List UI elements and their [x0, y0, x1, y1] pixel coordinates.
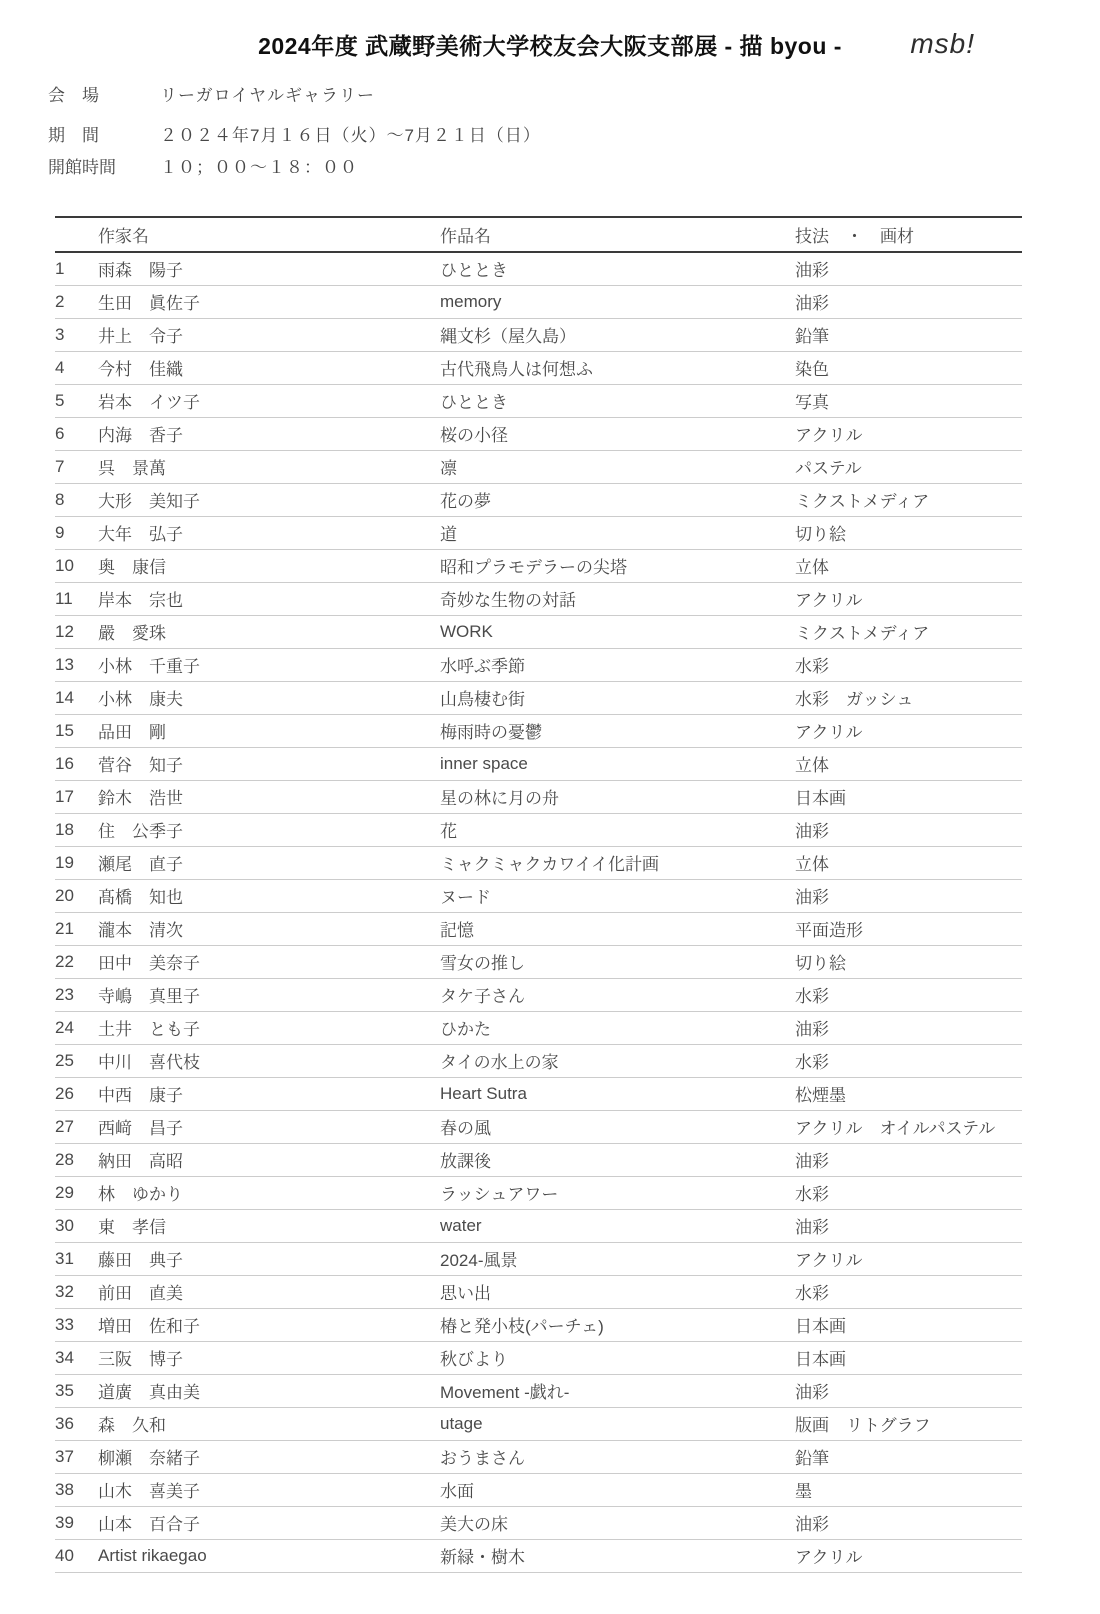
- technique-cell: 墨: [795, 1473, 1022, 1506]
- artwork-title-cell: 思い出: [440, 1275, 795, 1308]
- table-row: 18 住 公季子 花 油彩: [55, 813, 1022, 846]
- event-info-block: 会 場 リーガロイヤルギャラリー 期 間 ２０２４年7月１６日（火）～7月２１日…: [48, 84, 1045, 180]
- column-header-artist: 作家名: [98, 217, 440, 252]
- artwork-title-cell: 奇妙な生物の対話: [440, 582, 795, 615]
- artist-name-cell: 中西 康子: [98, 1077, 440, 1110]
- technique-cell: 写真: [795, 384, 1022, 417]
- table-row: 39 山本 百合子 美大の床 油彩: [55, 1506, 1022, 1539]
- msb-logo: msb!: [910, 28, 975, 60]
- artwork-title-cell: 花: [440, 813, 795, 846]
- row-number: 8: [55, 483, 98, 516]
- table-row: 8 大形 美知子 花の夢 ミクストメディア: [55, 483, 1022, 516]
- artwork-title-cell: Movement -戯れ-: [440, 1374, 795, 1407]
- row-number: 20: [55, 879, 98, 912]
- row-number: 40: [55, 1539, 98, 1572]
- artist-name-cell: 大年 弘子: [98, 516, 440, 549]
- artwork-title-cell: 縄文杉（屋久島）: [440, 318, 795, 351]
- table-row: 6 内海 香子 桜の小径 アクリル: [55, 417, 1022, 450]
- table-row: 23 寺嶋 真里子 タケ子さん 水彩: [55, 978, 1022, 1011]
- artist-name-cell: 納田 高昭: [98, 1143, 440, 1176]
- table-row: 32 前田 直美 思い出 水彩: [55, 1275, 1022, 1308]
- row-number: 34: [55, 1341, 98, 1374]
- artwork-title-cell: WORK: [440, 615, 795, 648]
- row-number: 21: [55, 912, 98, 945]
- technique-cell: 松煙墨: [795, 1077, 1022, 1110]
- technique-cell: 鉛筆: [795, 1440, 1022, 1473]
- technique-cell: 水彩: [795, 1275, 1022, 1308]
- technique-cell: 油彩: [795, 1209, 1022, 1242]
- artwork-title-cell: 新緑・樹木: [440, 1539, 795, 1572]
- technique-cell: 日本画: [795, 780, 1022, 813]
- row-number: 14: [55, 681, 98, 714]
- row-number: 5: [55, 384, 98, 417]
- technique-cell: 染色: [795, 351, 1022, 384]
- artist-name-cell: 今村 佳織: [98, 351, 440, 384]
- artwork-title-cell: 昭和プラモデラーの尖塔: [440, 549, 795, 582]
- technique-cell: 水彩 ガッシュ: [795, 681, 1022, 714]
- row-number: 24: [55, 1011, 98, 1044]
- row-number: 13: [55, 648, 98, 681]
- technique-cell: アクリル: [795, 714, 1022, 747]
- artwork-title-cell: 星の林に月の舟: [440, 780, 795, 813]
- artist-name-cell: 井上 令子: [98, 318, 440, 351]
- row-number: 15: [55, 714, 98, 747]
- table-row: 29 林 ゆかり ラッシュアワー 水彩: [55, 1176, 1022, 1209]
- table-row: 38 山木 喜美子 水面 墨: [55, 1473, 1022, 1506]
- period-line: 期 間 ２０２４年7月１６日（火）～7月２１日（日）: [48, 124, 1045, 148]
- table-row: 24 土井 とも子 ひかた 油彩: [55, 1011, 1022, 1044]
- table-row: 31 藤田 典子 2024-風景 アクリル: [55, 1242, 1022, 1275]
- row-number: 2: [55, 285, 98, 318]
- artist-name-cell: 道廣 真由美: [98, 1374, 440, 1407]
- row-number: 23: [55, 978, 98, 1011]
- technique-cell: アクリル: [795, 417, 1022, 450]
- artwork-title-cell: 水呼ぶ季節: [440, 648, 795, 681]
- venue-label: 会 場: [48, 84, 160, 108]
- artist-name-cell: 前田 直美: [98, 1275, 440, 1308]
- document-header: 2024年度 武蔵野美術大学校友会大阪支部展 - 描 byou - msb!: [55, 28, 1045, 74]
- table-row: 20 髙橋 知也 ヌード 油彩: [55, 879, 1022, 912]
- artwork-title-cell: おうまさん: [440, 1440, 795, 1473]
- artist-name-cell: 中川 喜代枝: [98, 1044, 440, 1077]
- row-number: 26: [55, 1077, 98, 1110]
- artist-name-cell: 瀬尾 直子: [98, 846, 440, 879]
- table-row: 13 小林 千重子 水呼ぶ季節 水彩: [55, 648, 1022, 681]
- exhibitor-table: 作家名 作品名 技法 ・ 画材 1 雨森 陽子 ひととき 油彩 2 生田 眞佐子…: [55, 216, 1022, 1573]
- artwork-title-cell: 梅雨時の憂鬱: [440, 714, 795, 747]
- technique-cell: 油彩: [795, 285, 1022, 318]
- table-row: 15 品田 剛 梅雨時の憂鬱 アクリル: [55, 714, 1022, 747]
- row-number: 31: [55, 1242, 98, 1275]
- artist-name-cell: 生田 眞佐子: [98, 285, 440, 318]
- artist-name-cell: Artist rikaegao: [98, 1539, 440, 1572]
- column-header-artwork: 作品名: [440, 217, 795, 252]
- technique-cell: アクリル: [795, 1539, 1022, 1572]
- period-label: 期 間: [48, 124, 160, 148]
- technique-cell: 切り絵: [795, 516, 1022, 549]
- table-row: 5 岩本 イツ子 ひととき 写真: [55, 384, 1022, 417]
- technique-cell: 立体: [795, 549, 1022, 582]
- artist-name-cell: 森 久和: [98, 1407, 440, 1440]
- row-number: 28: [55, 1143, 98, 1176]
- exhibition-list-document: 2024年度 武蔵野美術大学校友会大阪支部展 - 描 byou - msb! 会…: [0, 0, 1100, 1614]
- table-row: 1 雨森 陽子 ひととき 油彩: [55, 252, 1022, 285]
- artwork-title-cell: ひととき: [440, 252, 795, 285]
- table-row: 19 瀬尾 直子 ミャクミャクカワイイ化計画 立体: [55, 846, 1022, 879]
- table-row: 21 瀧本 清次 記憶 平面造形: [55, 912, 1022, 945]
- artwork-title-cell: 雪女の推し: [440, 945, 795, 978]
- technique-cell: 油彩: [795, 813, 1022, 846]
- row-number: 10: [55, 549, 98, 582]
- row-number: 4: [55, 351, 98, 384]
- artwork-title-cell: 道: [440, 516, 795, 549]
- technique-cell: ミクストメディア: [795, 615, 1022, 648]
- table-row: 14 小林 康夫 山鳥棲む街 水彩 ガッシュ: [55, 681, 1022, 714]
- table-row: 7 呉 景萬 凛 パステル: [55, 450, 1022, 483]
- row-number: 3: [55, 318, 98, 351]
- technique-cell: 油彩: [795, 252, 1022, 285]
- artwork-title-cell: 美大の床: [440, 1506, 795, 1539]
- technique-cell: 版画 リトグラフ: [795, 1407, 1022, 1440]
- artist-name-cell: 雨森 陽子: [98, 252, 440, 285]
- period-value: ２０２４年7月１６日（火）～7月２１日（日）: [160, 124, 541, 148]
- artist-name-cell: 西﨑 昌子: [98, 1110, 440, 1143]
- hours-line: 開館時間 １０；００～１８：００: [48, 156, 1045, 180]
- artwork-title-cell: 2024-風景: [440, 1242, 795, 1275]
- table-row: 34 三阪 博子 秋びより 日本画: [55, 1341, 1022, 1374]
- row-number: 19: [55, 846, 98, 879]
- venue-value: リーガロイヤルギャラリー: [160, 84, 375, 108]
- row-number: 32: [55, 1275, 98, 1308]
- technique-cell: 水彩: [795, 1176, 1022, 1209]
- artist-name-cell: 菅谷 知子: [98, 747, 440, 780]
- artist-name-cell: 東 孝信: [98, 1209, 440, 1242]
- technique-cell: アクリル オイルパステル: [795, 1110, 1022, 1143]
- artwork-title-cell: 記憶: [440, 912, 795, 945]
- technique-cell: アクリル: [795, 1242, 1022, 1275]
- artwork-title-cell: ヌード: [440, 879, 795, 912]
- row-number: 35: [55, 1374, 98, 1407]
- venue-line: 会 場 リーガロイヤルギャラリー: [48, 84, 1045, 108]
- technique-cell: 平面造形: [795, 912, 1022, 945]
- table-row: 4 今村 佳織 古代飛鳥人は何想ふ 染色: [55, 351, 1022, 384]
- artwork-title-cell: ラッシュアワー: [440, 1176, 795, 1209]
- artwork-title-cell: 古代飛鳥人は何想ふ: [440, 351, 795, 384]
- column-header-number: [55, 217, 98, 252]
- table-row: 17 鈴木 浩世 星の林に月の舟 日本画: [55, 780, 1022, 813]
- artwork-title-cell: 春の風: [440, 1110, 795, 1143]
- row-number: 33: [55, 1308, 98, 1341]
- table-row: 28 納田 高昭 放課後 油彩: [55, 1143, 1022, 1176]
- table-row: 11 岸本 宗也 奇妙な生物の対話 アクリル: [55, 582, 1022, 615]
- artist-name-cell: 品田 剛: [98, 714, 440, 747]
- row-number: 18: [55, 813, 98, 846]
- artist-name-cell: 藤田 典子: [98, 1242, 440, 1275]
- technique-cell: 油彩: [795, 879, 1022, 912]
- artwork-title-cell: 放課後: [440, 1143, 795, 1176]
- row-number: 29: [55, 1176, 98, 1209]
- table-row: 9 大年 弘子 道 切り絵: [55, 516, 1022, 549]
- row-number: 9: [55, 516, 98, 549]
- artwork-title-cell: water: [440, 1209, 795, 1242]
- hours-value: １０；００～１８：００: [160, 156, 358, 180]
- column-header-technique: 技法 ・ 画材: [795, 217, 1022, 252]
- row-number: 22: [55, 945, 98, 978]
- artist-name-cell: 岸本 宗也: [98, 582, 440, 615]
- table-row: 25 中川 喜代枝 タイの水上の家 水彩: [55, 1044, 1022, 1077]
- table-row: 10 奥 康信 昭和プラモデラーの尖塔 立体: [55, 549, 1022, 582]
- table-row: 33 増田 佐和子 椿と発小枝(パーチェ) 日本画: [55, 1308, 1022, 1341]
- technique-cell: 鉛筆: [795, 318, 1022, 351]
- row-number: 17: [55, 780, 98, 813]
- technique-cell: 水彩: [795, 978, 1022, 1011]
- table-row: 36 森 久和 utage 版画 リトグラフ: [55, 1407, 1022, 1440]
- technique-cell: 油彩: [795, 1374, 1022, 1407]
- table-row: 12 嚴 愛珠 WORK ミクストメディア: [55, 615, 1022, 648]
- row-number: 27: [55, 1110, 98, 1143]
- artist-name-cell: 田中 美奈子: [98, 945, 440, 978]
- artist-name-cell: 奥 康信: [98, 549, 440, 582]
- artist-name-cell: 小林 康夫: [98, 681, 440, 714]
- artist-name-cell: 嚴 愛珠: [98, 615, 440, 648]
- row-number: 12: [55, 615, 98, 648]
- technique-cell: アクリル: [795, 582, 1022, 615]
- artist-name-cell: 三阪 博子: [98, 1341, 440, 1374]
- artwork-title-cell: 山鳥棲む街: [440, 681, 795, 714]
- technique-cell: パステル: [795, 450, 1022, 483]
- artist-name-cell: 土井 とも子: [98, 1011, 440, 1044]
- technique-cell: 日本画: [795, 1308, 1022, 1341]
- row-number: 38: [55, 1473, 98, 1506]
- artwork-title-cell: ひととき: [440, 384, 795, 417]
- row-number: 11: [55, 582, 98, 615]
- page-title: 2024年度 武蔵野美術大学校友会大阪支部展 - 描 byou -: [55, 28, 1045, 61]
- artist-name-cell: 林 ゆかり: [98, 1176, 440, 1209]
- technique-cell: 油彩: [795, 1143, 1022, 1176]
- table-row: 3 井上 令子 縄文杉（屋久島） 鉛筆: [55, 318, 1022, 351]
- row-number: 16: [55, 747, 98, 780]
- hours-label: 開館時間: [48, 156, 160, 180]
- technique-cell: 水彩: [795, 648, 1022, 681]
- row-number: 39: [55, 1506, 98, 1539]
- technique-cell: 立体: [795, 747, 1022, 780]
- technique-cell: 切り絵: [795, 945, 1022, 978]
- artist-name-cell: 髙橋 知也: [98, 879, 440, 912]
- artwork-title-cell: ミャクミャクカワイイ化計画: [440, 846, 795, 879]
- table-row: 2 生田 眞佐子 memory 油彩: [55, 285, 1022, 318]
- table-row: 40 Artist rikaegao 新緑・樹木 アクリル: [55, 1539, 1022, 1572]
- artist-name-cell: 鈴木 浩世: [98, 780, 440, 813]
- row-number: 1: [55, 252, 98, 285]
- artist-name-cell: 瀧本 清次: [98, 912, 440, 945]
- exhibitor-table-body: 1 雨森 陽子 ひととき 油彩 2 生田 眞佐子 memory 油彩 3 井上 …: [55, 252, 1022, 1572]
- artist-name-cell: 山本 百合子: [98, 1506, 440, 1539]
- technique-cell: ミクストメディア: [795, 483, 1022, 516]
- row-number: 37: [55, 1440, 98, 1473]
- artwork-title-cell: タケ子さん: [440, 978, 795, 1011]
- technique-cell: 油彩: [795, 1506, 1022, 1539]
- artwork-title-cell: utage: [440, 1407, 795, 1440]
- table-row: 16 菅谷 知子 inner space 立体: [55, 747, 1022, 780]
- artist-name-cell: 住 公季子: [98, 813, 440, 846]
- artwork-title-cell: 椿と発小枝(パーチェ): [440, 1308, 795, 1341]
- artwork-title-cell: タイの水上の家: [440, 1044, 795, 1077]
- row-number: 25: [55, 1044, 98, 1077]
- artist-name-cell: 小林 千重子: [98, 648, 440, 681]
- technique-cell: 立体: [795, 846, 1022, 879]
- artist-name-cell: 寺嶋 真里子: [98, 978, 440, 1011]
- artwork-title-cell: inner space: [440, 747, 795, 780]
- artist-name-cell: 岩本 イツ子: [98, 384, 440, 417]
- table-header-row: 作家名 作品名 技法 ・ 画材: [55, 217, 1022, 252]
- artwork-title-cell: memory: [440, 285, 795, 318]
- artwork-title-cell: Heart Sutra: [440, 1077, 795, 1110]
- artwork-title-cell: 花の夢: [440, 483, 795, 516]
- artist-name-cell: 柳瀬 奈緒子: [98, 1440, 440, 1473]
- row-number: 36: [55, 1407, 98, 1440]
- artist-name-cell: 山木 喜美子: [98, 1473, 440, 1506]
- artist-name-cell: 増田 佐和子: [98, 1308, 440, 1341]
- artwork-title-cell: 水面: [440, 1473, 795, 1506]
- table-row: 35 道廣 真由美 Movement -戯れ- 油彩: [55, 1374, 1022, 1407]
- artist-name-cell: 呉 景萬: [98, 450, 440, 483]
- artist-name-cell: 内海 香子: [98, 417, 440, 450]
- artwork-title-cell: ひかた: [440, 1011, 795, 1044]
- artwork-title-cell: 秋びより: [440, 1341, 795, 1374]
- artwork-title-cell: 凛: [440, 450, 795, 483]
- artwork-title-cell: 桜の小径: [440, 417, 795, 450]
- table-row: 26 中西 康子 Heart Sutra 松煙墨: [55, 1077, 1022, 1110]
- table-row: 37 柳瀬 奈緒子 おうまさん 鉛筆: [55, 1440, 1022, 1473]
- artist-name-cell: 大形 美知子: [98, 483, 440, 516]
- technique-cell: 油彩: [795, 1011, 1022, 1044]
- row-number: 6: [55, 417, 98, 450]
- table-row: 22 田中 美奈子 雪女の推し 切り絵: [55, 945, 1022, 978]
- row-number: 7: [55, 450, 98, 483]
- table-row: 30 東 孝信 water 油彩: [55, 1209, 1022, 1242]
- row-number: 30: [55, 1209, 98, 1242]
- technique-cell: 日本画: [795, 1341, 1022, 1374]
- technique-cell: 水彩: [795, 1044, 1022, 1077]
- table-row: 27 西﨑 昌子 春の風 アクリル オイルパステル: [55, 1110, 1022, 1143]
